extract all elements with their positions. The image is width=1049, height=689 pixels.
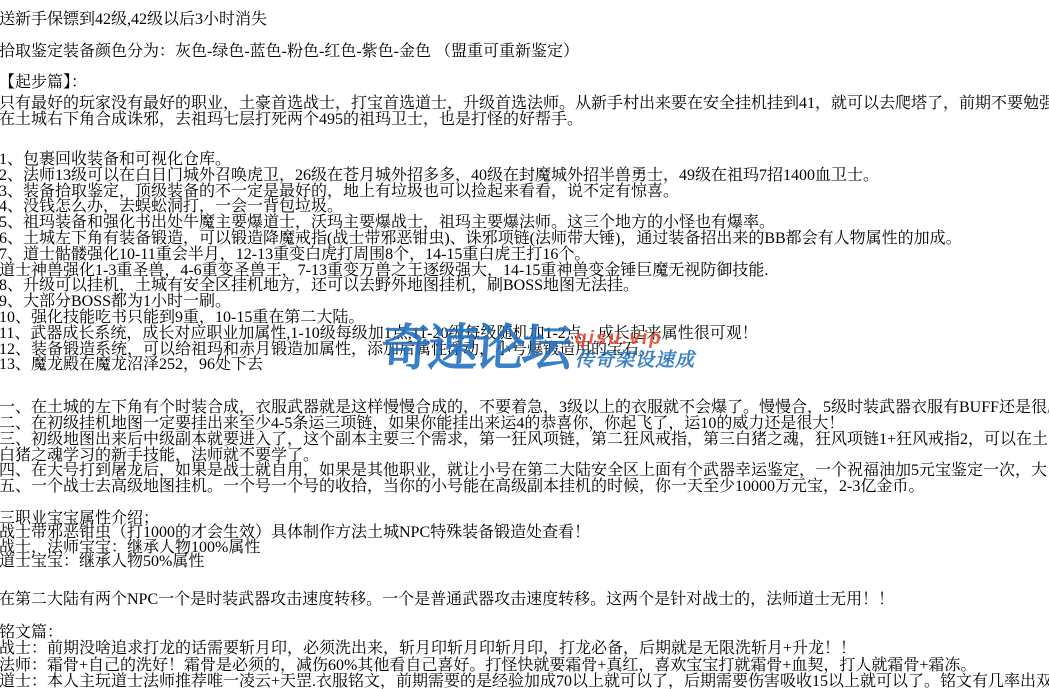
text-line: 战士：前期没啥追求打龙的话需要斩月印，必须洗出来，斩月印斩月印斩月印，打龙必备，… [0,641,1049,658]
text-line: 三、初级地图出来后中级副本就要进入了，这个副本主要三个需求，第一狂风项链，第二狂… [0,432,1049,448]
text-line: 8、升级可以挂机，土城有安全区挂机地方，还可以去野外地图挂机，刷BOSS地图无法… [0,278,1049,294]
text-line: 7、道士骷髅强化10-11重会半月，12-13重变白虎打周围8个，14-15重白… [0,247,1049,263]
document-body: 送新手保镖到42级,42级以后3小时消失拾取鉴定装备颜色分为：灰色-绿色-蓝色-… [0,0,1049,689]
text-line: 9、大部分BOSS都为1小时一刷。 [0,294,1049,310]
text-line: 四、在大号打到屠龙后，如果是战士就自用，如果是其他职业，就让小号在第二大陆安全区… [0,463,1049,479]
npc-speed-transfer-line: 在第二大陆有两个NPC一个是时装武器攻击速度转移。一个是普通武器攻击速度转移。这… [0,592,1049,608]
text-line: 送新手保镖到42级,42级以后3小时消失 [0,12,1049,28]
text-line: 五、一个战士去高级地图挂机。一个号一个号的收拾，当你的小号能在高级副本挂机的时候… [0,479,1049,495]
text-line: 在土城右下角合成诛邪，去祖玛七层打死两个495的祖玛卫士，也是打怪的好帮手。 [0,112,1049,128]
text-line: 在第二大陆有两个NPC一个是时装武器攻击速度转移。一个是普通武器攻击速度转移。这… [0,592,1049,608]
text-line: 铭文篇： [0,625,1049,642]
text-line: 2、法师13级可以在白日门城外召唤虎卫，26级在苍月城外招多多，40级在封魔城外… [0,168,1049,184]
text-line: 拾取鉴定装备颜色分为：灰色-绿色-蓝色-粉色-红色-紫色-金色 （盟重可重新鉴定… [0,44,1049,60]
text-line: 法师：霜骨+自己的洗好！霜骨是必须的，减伤60%其他看自己喜好。打怪快就要霜骨+… [0,658,1049,675]
section-title-qibu: 【起步篇】： [0,75,1049,91]
text-line: 10、强化技能吃书只能到9重，10-15重在第二大陆。 [0,310,1049,326]
text-line: 二、在初级挂机地图一定要挂出来至少4-5条运三项链，如果你能挂出来运4的恭喜你，… [0,416,1049,432]
text-line: 3、装备拾取鉴定，顶级装备的不一定是最好的，地上有垃圾也可以捡起来看看，说不定有… [0,184,1049,200]
text-line: 13、魔龙殿在魔龙沼泽252，96处下去 [0,357,1049,373]
text-line: 12、装备锻造系统，可以给祖玛和赤月锻造加属性，添加后属性浮动，小号爆锻造用的宝… [0,342,1049,358]
chinese-numbered-list: 一、在土城的左下角有个时装合成，衣服武器就是这样慢慢合成的，不要着急，3级以上的… [0,400,1049,495]
text-line: 4、没钱怎么办，去蜈蚣洞打，一会一背包垃圾。 [0,199,1049,215]
intro-line: 送新手保镖到42级,42级以后3小时消失 [0,12,1049,28]
text-line: 道士宝宝：继承人物50%属性 [0,555,1049,570]
text-line: 白猪之魂学习的新手技能，法师就不要学了。 [0,448,1049,464]
text-line: 只有最好的玩家没有最好的职业，土豪首选战士，打宝首选道士，升级首选法师。从新手村… [0,96,1049,112]
text-line: 道士：本人主玩道士法师推荐唯一凌云+天罡.衣服铭文，前期需要的是经验加成70以上… [0,674,1049,689]
text-line: 11、武器成长系统，成长对应职业加属性,1-10级每级加1点,11-20级每级随… [0,326,1049,342]
mingwen-section: 铭文篇：战士：前期没啥追求打龙的话需要斩月印，必须洗出来，斩月印斩月印斩月印，打… [0,625,1049,689]
text-line: 【起步篇】： [0,75,1049,91]
qibu-intro-paragraph: 只有最好的玩家没有最好的职业，土豪首选战士，打宝首选道士，升级首选法师。从新手村… [0,96,1049,128]
numbered-tips-list: 1、包裹回收装备和可视化仓库。2、法师13级可以在白日门城外召唤虎卫，26级在苍… [0,152,1049,373]
identify-colors-line: 拾取鉴定装备颜色分为：灰色-绿色-蓝色-粉色-红色-紫色-金色 （盟重可重新鉴定… [0,44,1049,60]
text-line: 道士神兽强化1-3重圣兽，4-6重变圣兽王，7-13重变万兽之王逐级强大，14-… [0,263,1049,279]
pet-attributes-section: 三职业宝宝属性介绍；战士带邪恶钳虫（打1000的才会生效）具体制作方法土城NPC… [0,512,1049,570]
text-line: 一、在土城的左下角有个时装合成，衣服武器就是这样慢慢合成的，不要着急，3级以上的… [0,400,1049,416]
text-line: 6、土城左下角有装备锻造，可以锻造降魔戒指(战士带邪恶钳虫)、诛邪项链(法师带大… [0,231,1049,247]
text-line: 5、祖玛装备和强化书出处牛魔主要爆道士，沃玛主要爆战士，祖玛主要爆法师。这三个地… [0,215,1049,231]
text-line: 1、包裹回收装备和可视化仓库。 [0,152,1049,168]
